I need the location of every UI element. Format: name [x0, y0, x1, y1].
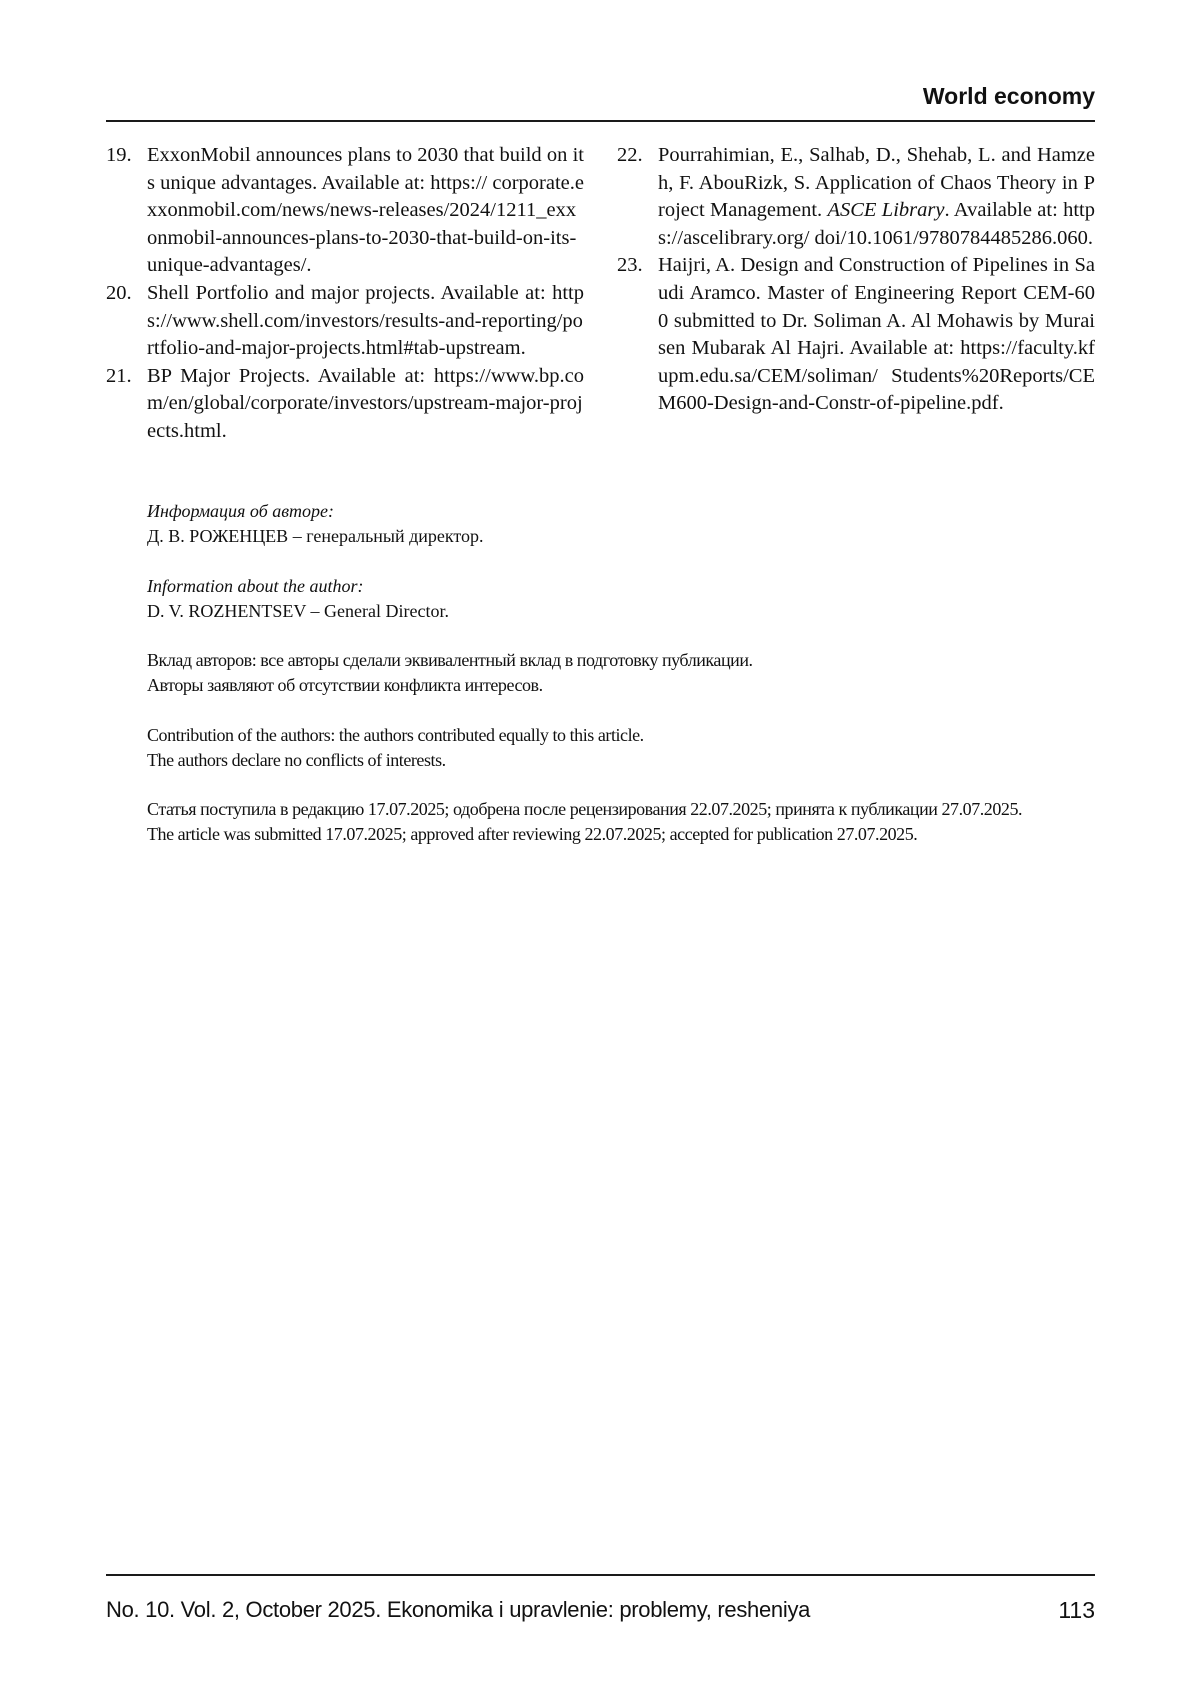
reference-source-italic: ASCE Library [827, 199, 944, 221]
contribution-line-ru-1: Вклад авторов: все авторы сделали эквива… [147, 648, 1095, 673]
article-dates: Статья поступила в редакцию 17.07.2025; … [147, 797, 1095, 847]
author-info-text-en: D. V. ROZHENTSEV – General Director. [147, 599, 1095, 624]
references-list: 19. ExxonMobil announces plans to 2030 t… [106, 142, 1095, 446]
reference-number: 19. [106, 142, 147, 280]
reference-item: 21. BP Major Projects. Available at: htt… [106, 363, 584, 446]
reference-number: 23. [617, 252, 658, 418]
footer-rule [106, 1574, 1095, 1576]
reference-text: Shell Portfolio and major projects. Avai… [147, 280, 584, 363]
reference-number: 20. [106, 280, 147, 363]
reference-text: BP Major Projects. Available at: https:/… [147, 363, 584, 446]
reference-number: 21. [106, 363, 147, 446]
contribution-line-en-1: Contribution of the authors: the authors… [147, 723, 1095, 748]
section-title: World economy [106, 82, 1095, 110]
reference-text: Haijri, A. Design and Construction of Pi… [658, 252, 1095, 418]
contribution-en: Contribution of the authors: the authors… [147, 723, 1095, 773]
article-dates-ru: Статья поступила в редакцию 17.07.2025; … [147, 797, 1095, 822]
header-rule [106, 120, 1095, 122]
reference-item: 20. Shell Portfolio and major projects. … [106, 280, 584, 363]
journal-citation: No. 10. Vol. 2, October 2025. Ekonomika … [106, 1596, 810, 1624]
reference-item: 23. Haijri, A. Design and Construction o… [617, 252, 1095, 418]
reference-text: ExxonMobil announces plans to 2030 that … [147, 142, 584, 280]
author-info-text-ru: Д. В. РОЖЕНЦЕВ – генеральный директор. [147, 524, 1095, 549]
references-column-right: 22. Pourrahimian, E., Salhab, D., Shehab… [617, 142, 1095, 446]
author-info-ru: Информация об авторе: Д. В. РОЖЕНЦЕВ – г… [147, 499, 1095, 549]
references-column-left: 19. ExxonMobil announces plans to 2030 t… [106, 142, 584, 446]
reference-item: 19. ExxonMobil announces plans to 2030 t… [106, 142, 584, 280]
reference-item: 22. Pourrahimian, E., Salhab, D., Shehab… [617, 142, 1095, 252]
reference-number: 22. [617, 142, 658, 252]
author-info-label-en: Information about the author: [147, 574, 1095, 599]
article-dates-en: The article was submitted 17.07.2025; ap… [147, 822, 1095, 847]
page-footer: No. 10. Vol. 2, October 2025. Ekonomika … [106, 1596, 1095, 1624]
page-number: 113 [1058, 1596, 1095, 1624]
reference-text: Pourrahimian, E., Salhab, D., Shehab, L.… [658, 142, 1095, 252]
contribution-line-en-2: The authors declare no conflicts of inte… [147, 748, 1095, 773]
contribution-line-ru-2: Авторы заявляют об отсутствии конфликта … [147, 673, 1095, 698]
author-info-en: Information about the author: D. V. ROZH… [147, 574, 1095, 624]
contribution-ru: Вклад авторов: все авторы сделали эквива… [147, 648, 1095, 698]
author-info-label-ru: Информация об авторе: [147, 499, 1095, 524]
